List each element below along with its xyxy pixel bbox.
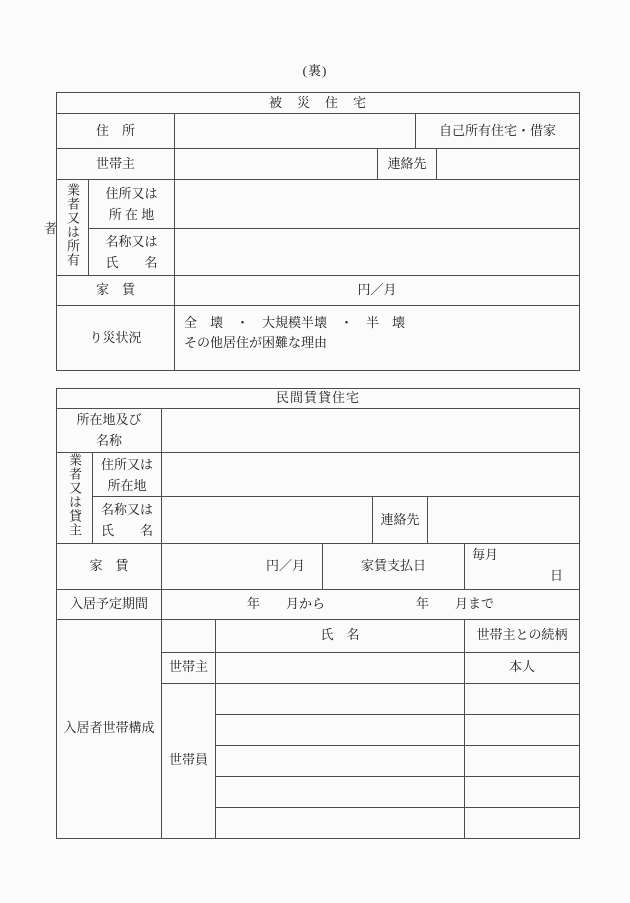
damage-status-label: り災状況 — [57, 306, 175, 371]
member-name-header: 氏 名 — [216, 619, 465, 652]
damage-status-other-reason: その他居住が困難な理由 — [184, 333, 573, 353]
rental-rent-value-cell: 円／月 — [162, 543, 323, 589]
agent-address-label: 住所又は 所 在 地 — [89, 180, 175, 229]
damage-status-options: 全 壊 ・ 大規模半壊 ・ 半 壊 — [184, 313, 573, 333]
lessor-address-label: 住所又は 所在地 — [93, 452, 162, 496]
private-rental-title: 民間賃貸住宅 — [57, 389, 580, 409]
damaged-housing-table: 被 災 住 宅 住 所 自己所有住宅・借家 世帯主 連絡先 者 業者又は所有 住… — [56, 92, 580, 371]
householder-relation-value: 本人 — [465, 652, 580, 683]
form-back-page: (裏) 被 災 住 宅 住 所 自己所有住宅・借家 世帯主 連絡先 者 業者又は… — [0, 0, 630, 903]
ownership-type-label: 自己所有住宅・借家 — [416, 114, 580, 149]
rent-due-value-cell: 毎月 日 — [465, 543, 580, 589]
private-rental-table: 民間賃貸住宅 所在地及び 名称 業者又は貸主 住所又は 所在地 名称又は 氏 名 — [56, 388, 580, 839]
agent-name-value-cell — [175, 229, 580, 276]
contact-value-cell — [437, 149, 580, 180]
member-name-cell — [216, 683, 465, 714]
relation-to-householder-header: 世帯主との続柄 — [465, 619, 580, 652]
rent-label: 家 賃 — [57, 276, 175, 306]
lessor-name-value-cell — [162, 497, 373, 543]
agent-address-value-cell — [175, 180, 580, 229]
member-name-cell — [216, 776, 465, 807]
agent-or-owner-vertical-text: 業者又は所有 — [66, 183, 79, 267]
household-composition-label: 入居者世帯構成 — [57, 619, 162, 838]
page-side-label: (裏) — [0, 60, 630, 79]
agent-or-owner-overflow-char: 者 — [43, 221, 56, 234]
address-label: 住 所 — [57, 114, 175, 149]
householder-label: 世帯主 — [57, 149, 175, 180]
damage-status-value-cell: 全 壊 ・ 大規模半壊 ・ 半 壊 その他居住が困難な理由 — [175, 306, 580, 371]
member-relation-cell — [465, 683, 580, 714]
rent-due-label: 家賃支払日 — [323, 543, 465, 589]
rent-due-day-suffix: 日 — [550, 569, 563, 582]
location-and-name-label: 所在地及び 名称 — [57, 408, 162, 452]
household-role-header-cell — [162, 619, 216, 652]
householder-role-label: 世帯主 — [162, 652, 216, 683]
occupancy-period-value-cell: 年 月から 年 月まで — [162, 589, 580, 619]
damaged-housing-title: 被 災 住 宅 — [57, 93, 580, 114]
member-name-cell — [216, 714, 465, 745]
location-and-name-value-cell — [162, 408, 580, 452]
contact-label: 連絡先 — [378, 149, 437, 180]
lessor-contact-value-cell — [428, 497, 580, 543]
member-relation-cell — [465, 714, 580, 745]
householder-value-cell — [175, 149, 378, 180]
agent-or-lessor-vertical-text: 業者又は貸主 — [68, 453, 81, 537]
member-relation-cell — [465, 776, 580, 807]
occupancy-period-label: 入居予定期間 — [57, 589, 162, 619]
rent-value-cell: 円／月 — [175, 276, 580, 306]
lessor-address-value-cell — [162, 452, 580, 496]
householder-name-cell — [216, 652, 465, 683]
lessor-name-label: 名称又は 氏 名 — [93, 497, 162, 543]
lessor-contact-label: 連絡先 — [373, 497, 428, 543]
rental-rent-label: 家 賃 — [57, 543, 162, 589]
rent-due-every-month-label: 毎月 — [472, 548, 498, 561]
agent-or-lessor-vertical-label: 業者又は貸主 — [57, 452, 93, 543]
member-name-cell — [216, 745, 465, 776]
member-relation-cell — [465, 745, 580, 776]
address-value-cell — [175, 114, 416, 149]
member-name-cell — [216, 807, 465, 838]
agent-or-owner-vertical-label: 者 業者又は所有 — [57, 180, 89, 276]
member-relation-cell — [465, 807, 580, 838]
agent-name-label: 名称又は 氏 名 — [89, 229, 175, 276]
household-members-label: 世帯員 — [162, 683, 216, 838]
